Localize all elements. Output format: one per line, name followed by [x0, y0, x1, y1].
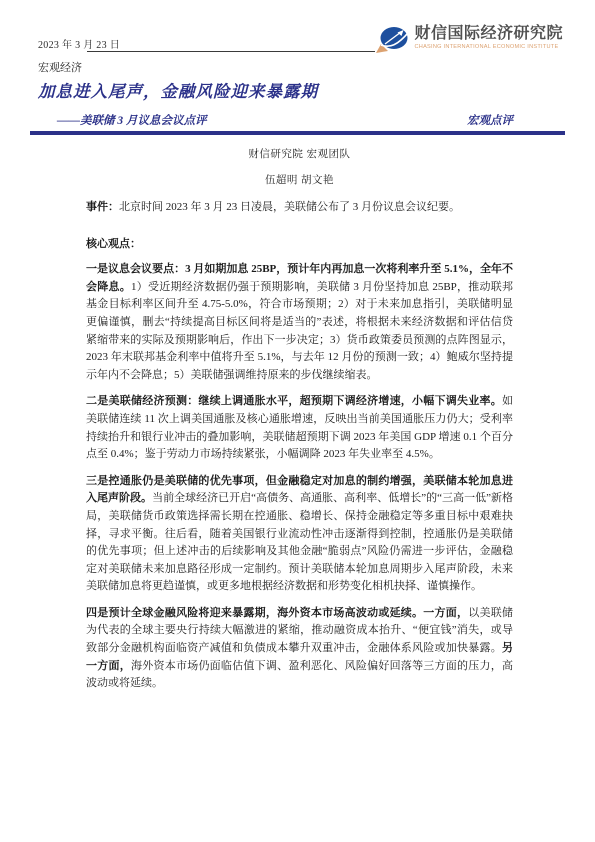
institute-logo-text: 财信国际经济研究院 CHASING INTERNATIONAL ECONOMIC…	[414, 25, 563, 50]
paragraph-text-run: 当前全球经济已开启“高债务、高通胀、高利率、低增长”的“三高一低”新格局，美联储…	[86, 492, 513, 592]
paragraph-text-run: 北京时间 2023 年 3 月 23 日凌晨，美联储公布了 3 月份议息会议纪要…	[119, 201, 460, 213]
paragraph: 二是美联储经济预测：继续上调通胀水平，超预期下调经济增速，小幅下调失业率。如美联…	[86, 393, 513, 463]
report-category: 宏观经济	[38, 59, 82, 75]
title-divider-rule	[30, 131, 565, 135]
paragraph: 四是预计全球金融风险将迎来暴露期，海外资本市场高波动或延续。一方面，以美联储为代…	[86, 605, 513, 693]
report-page: 2023 年 3 月 23 日 财信国际经济研究院 CHASING INTERN…	[0, 0, 595, 842]
report-subtitle: ——美联储 3 月议息会议点评	[57, 112, 207, 128]
institute-logo: 财信国际经济研究院 CHASING INTERNATIONAL ECONOMIC…	[376, 25, 563, 54]
paragraph: 核心观点：	[86, 236, 513, 254]
paragraph-bold-run: 一方面，	[423, 607, 468, 619]
report-date: 2023 年 3 月 23 日	[38, 36, 120, 51]
paragraph-bold-run: 四是预计全球金融风险将迎来暴露期，海外资本市场高波动或延续。	[86, 607, 423, 619]
header-divider-line	[87, 51, 375, 52]
paragraph: 三是控通胀仍是美联储的优先事项，但金融稳定对加息的制约增强，美联储本轮加息进入尾…	[86, 473, 513, 596]
institute-name-en: CHASING INTERNATIONAL ECONOMIC INSTITUTE	[414, 44, 563, 50]
paragraph-text-run: 海外资本市场仍面临估值下调、盈利恶化、风险偏好回落等三方面的压力，高波动或将延续…	[86, 660, 513, 690]
byline-team: 财信研究院 宏观团队	[86, 146, 513, 161]
institute-name-cn: 财信国际经济研究院	[414, 25, 563, 43]
report-title: 加息进入尾声，金融风险迎来暴露期	[38, 78, 555, 102]
paragraph-bold-run: 核心观点：	[86, 238, 141, 250]
body-paragraphs: 事件：北京时间 2023 年 3 月 23 日凌晨，美联储公布了 3 月份议息会…	[86, 199, 513, 702]
subtitle-row: ——美联储 3 月议息会议点评 宏观点评	[57, 112, 513, 128]
report-type-label: 宏观点评	[467, 112, 513, 128]
paragraph-bold-run: 二是美联储经济预测：继续上调通胀水平，超预期下调经济增速，小幅下调失业率。	[86, 395, 502, 407]
globe-arrow-logo-icon	[376, 25, 410, 54]
paragraph: 事件：北京时间 2023 年 3 月 23 日凌晨，美联储公布了 3 月份议息会…	[86, 199, 513, 217]
paragraph-bold-run: 事件：	[86, 201, 119, 213]
paragraph-text-run: 1）受近期经济数据仍强于预期影响，美联储 3 月份坚持加息 25BP，推动联邦基…	[86, 281, 513, 381]
paragraph: 一是议息会议要点：3 月如期加息 25BP，预计年内再加息一次将利率升至 5.1…	[86, 261, 513, 384]
byline-authors: 伍超明 胡文艳	[86, 172, 513, 187]
